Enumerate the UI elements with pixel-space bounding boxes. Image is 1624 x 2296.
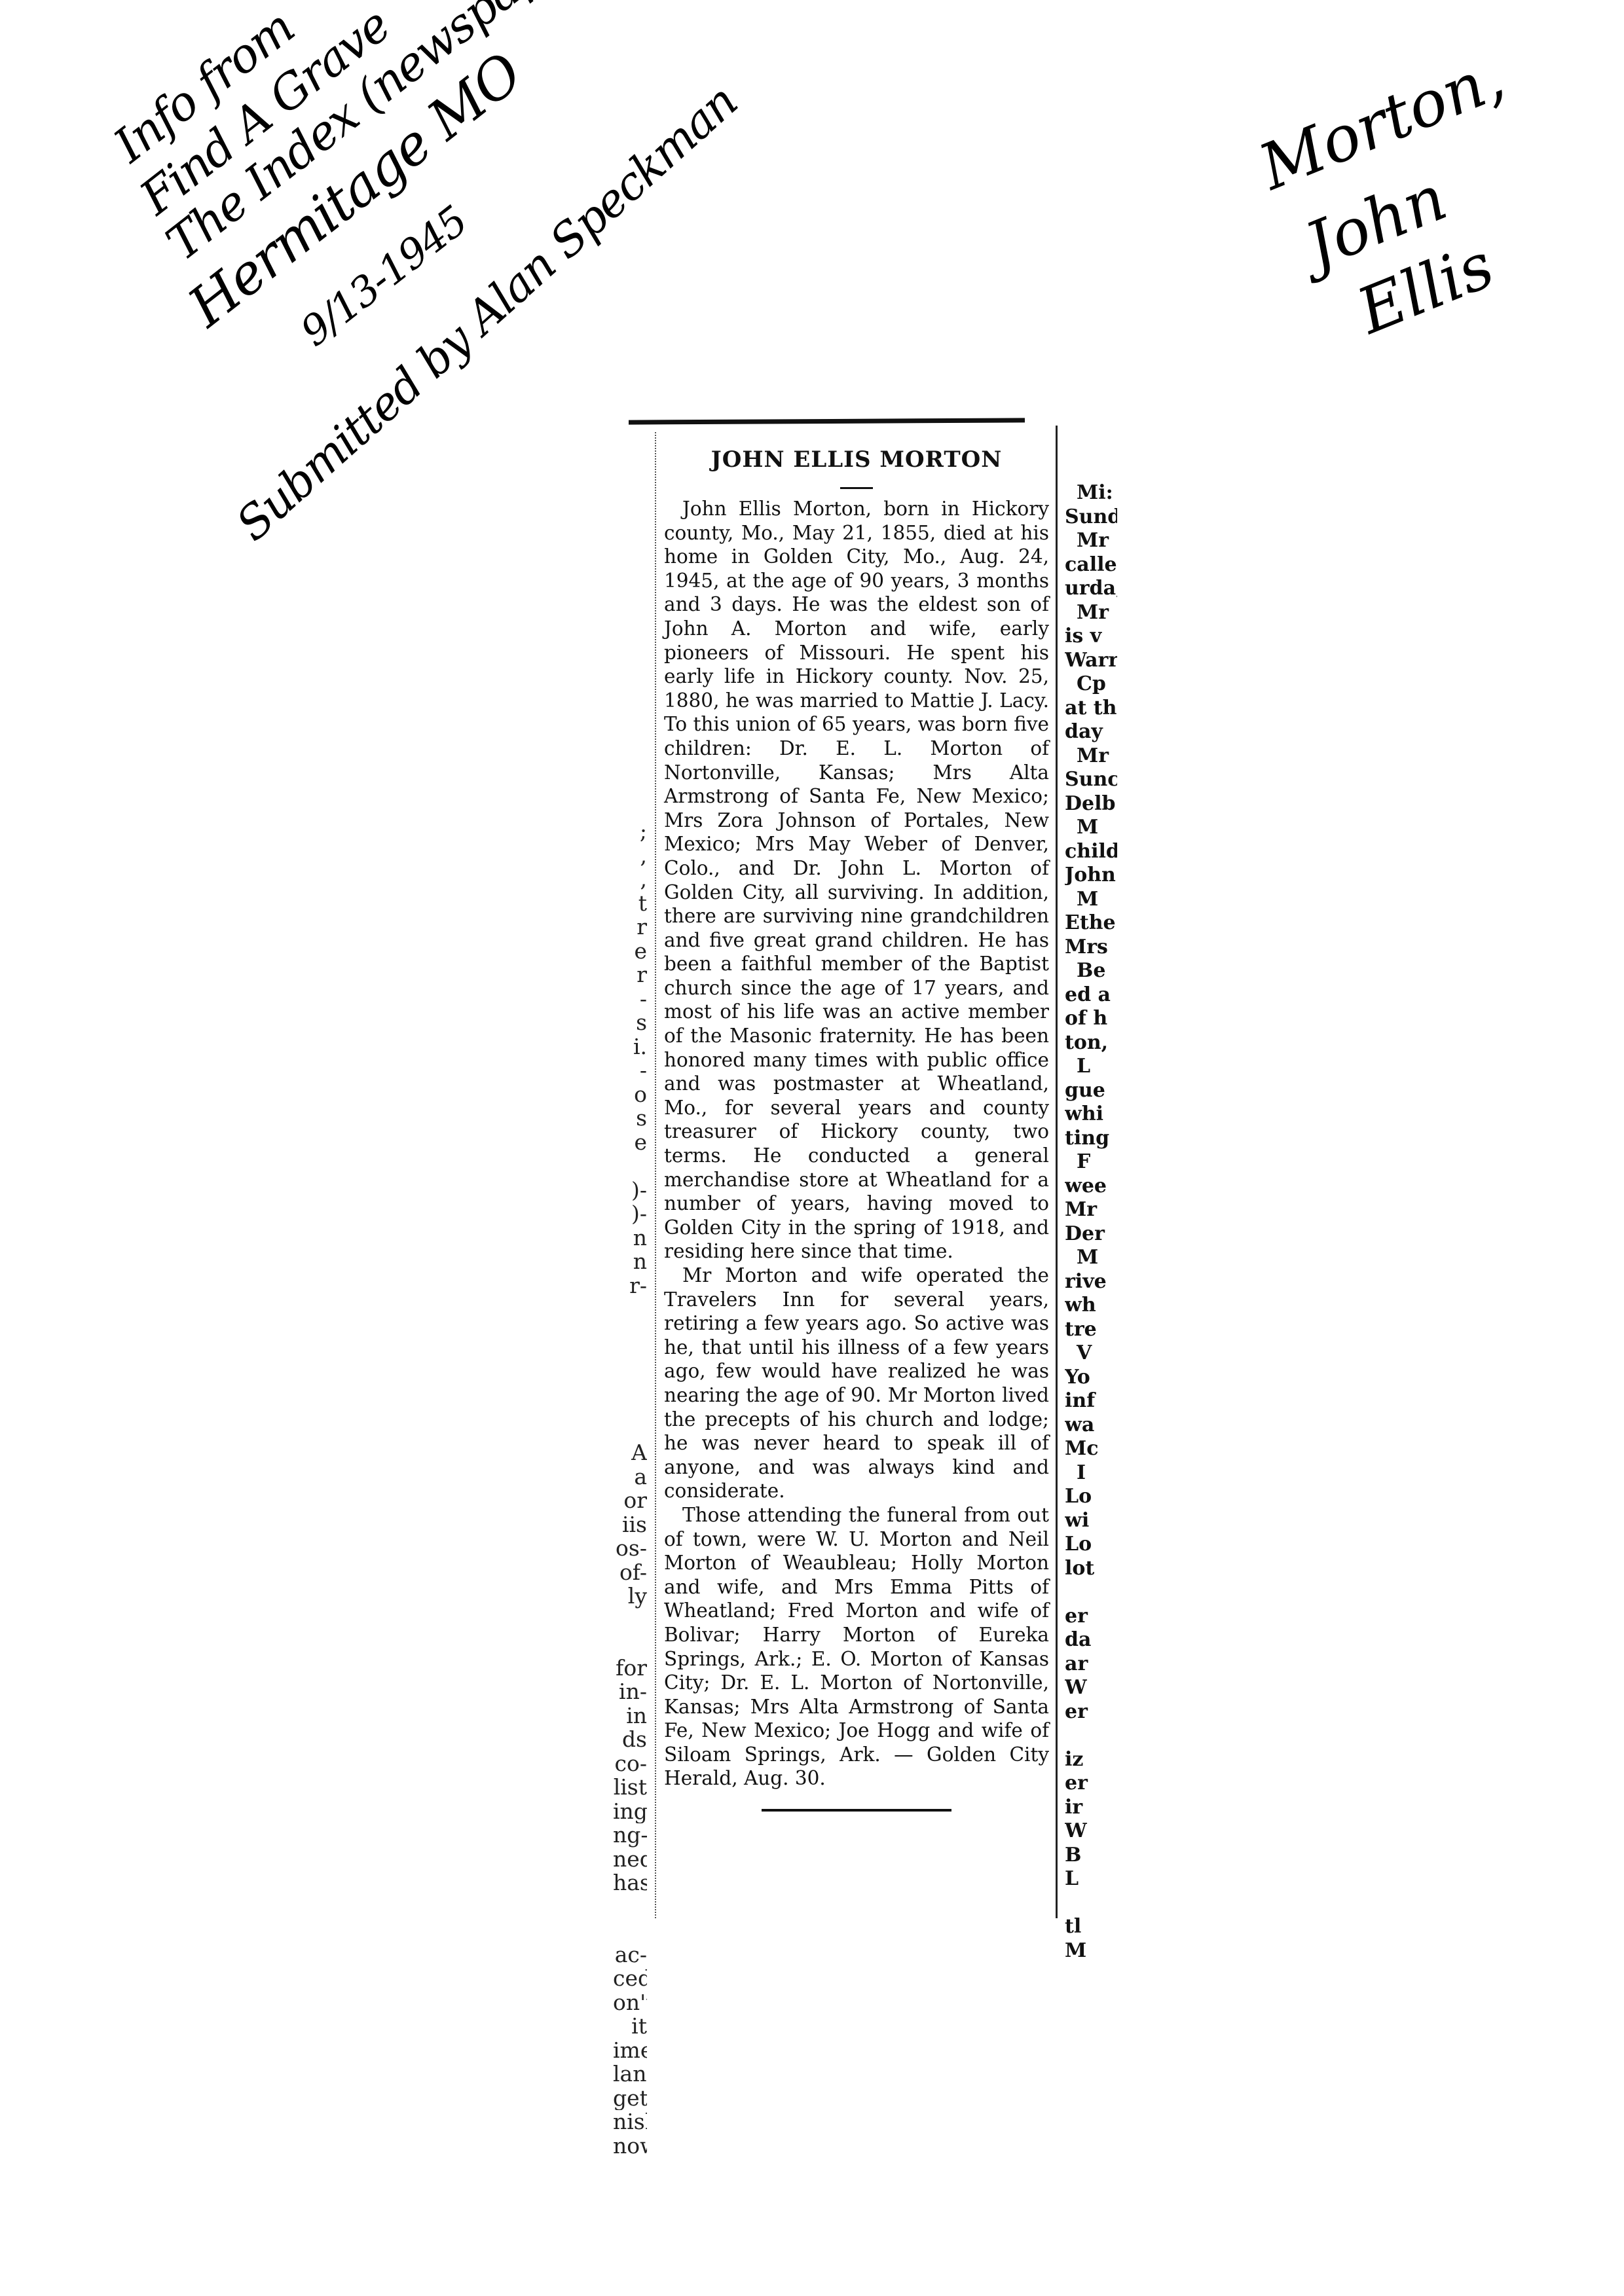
- fragment-line: it: [613, 2014, 647, 2039]
- fragment-line: Mi:: [1065, 481, 1117, 505]
- fragment-line: F: [1065, 1150, 1117, 1175]
- fragment-line: A: [613, 1441, 647, 1465]
- fragment-line: day: [1065, 720, 1117, 744]
- fragment-line: Mr: [1065, 1198, 1117, 1222]
- fragment-line: list: [613, 1776, 647, 1800]
- fragment-line: da: [1065, 1628, 1117, 1652]
- fragment-line: Mr: [1065, 744, 1117, 769]
- fragment-line: ,: [613, 844, 647, 868]
- fragment-line: gue: [1065, 1079, 1117, 1103]
- fragment-line: whi: [1065, 1102, 1117, 1127]
- fragment-line: lot: [1065, 1557, 1117, 1581]
- fragment-line: t: [613, 892, 647, 916]
- fragment-line: Cp: [1065, 672, 1117, 697]
- fragment-line: ;: [613, 820, 647, 844]
- fragment-line: iis: [613, 1513, 647, 1537]
- top-rule: [629, 418, 1025, 424]
- fragment-line: W: [1065, 1676, 1117, 1700]
- fragment-line: Lo: [1065, 1485, 1117, 1509]
- fragment-line: tre: [1065, 1318, 1117, 1342]
- fragment-line: [613, 676, 647, 701]
- fragment-line: [613, 1609, 647, 1633]
- obituary-body: John Ellis Morton, born in Hickory count…: [664, 497, 1049, 1791]
- fragment-line: nish: [613, 2110, 647, 2134]
- left-column-fragments: ;,,trer-si.-ose)-)-nnr-Aaoriisos-of-lyfo…: [613, 629, 647, 2158]
- fragment-line: is v: [1065, 625, 1117, 649]
- fragment-line: M: [1065, 1246, 1117, 1270]
- fragment-line: ar: [1065, 1652, 1117, 1677]
- fragment-line: a: [613, 1465, 647, 1489]
- fragment-line: Yo: [1065, 1366, 1117, 1390]
- fragment-line: in: [613, 1704, 647, 1728]
- fragment-line: -: [613, 987, 647, 1011]
- fragment-line: L: [1065, 1867, 1117, 1891]
- fragment-line: [613, 701, 647, 725]
- fragment-line: o: [613, 1083, 647, 1107]
- fragment-line: ,: [613, 867, 647, 892]
- obituary-article: JOHN ELLIS MORTON John Ellis Morton, bor…: [664, 432, 1049, 1812]
- column-divider-left: [655, 432, 657, 1918]
- fragment-line: er: [1065, 1605, 1117, 1629]
- fragment-line: ned: [613, 1848, 647, 1872]
- fragment-line: ton,: [1065, 1031, 1117, 1055]
- fragment-line: I: [1065, 1461, 1117, 1485]
- fragment-line: wa: [1065, 1413, 1117, 1438]
- fragment-line: Mr: [1065, 529, 1117, 553]
- fragment-line: or: [613, 1489, 647, 1513]
- fragment-line: e: [613, 1131, 647, 1155]
- fragment-line: [613, 1632, 647, 1656]
- fragment-line: Sunc: [1065, 768, 1117, 792]
- fragment-line: [613, 1345, 647, 1370]
- fragment-line: in-: [613, 1680, 647, 1704]
- paragraph-biography: John Ellis Morton, born in Hickory count…: [664, 497, 1049, 1264]
- fragment-line: s: [613, 1011, 647, 1035]
- fragment-line: r: [613, 963, 647, 987]
- fragment-line: [613, 1417, 647, 1442]
- fragment-line: [613, 748, 647, 773]
- paragraph-travelers-inn: Mr Morton and wife operated the Traveler…: [664, 1264, 1049, 1503]
- fragment-line: calle: [1065, 553, 1117, 577]
- paragraph-funeral-attendees: Those attending the funeral from out of …: [664, 1503, 1049, 1791]
- fragment-line: [613, 1895, 647, 1920]
- fragment-line: Ethe: [1065, 911, 1117, 936]
- fragment-line: ced: [613, 1967, 647, 1991]
- fragment-line: [613, 796, 647, 820]
- fragment-line: L: [1065, 1055, 1117, 1079]
- fragment-line: John: [1065, 864, 1117, 888]
- newspaper-clipping: ;,,trer-si.-ose)-)-nnr-Aaoriisos-of-lyfo…: [629, 412, 1153, 1944]
- fragment-line: wee: [1065, 1175, 1117, 1199]
- fragment-line: e: [613, 939, 647, 964]
- fragment-line: er: [1065, 1772, 1117, 1796]
- fragment-line: ime: [613, 2039, 647, 2063]
- fragment-line: [613, 629, 647, 653]
- fragment-line: wh: [1065, 1294, 1117, 1318]
- fragment-line: V: [1065, 1341, 1117, 1366]
- fragment-line: n: [613, 1250, 647, 1274]
- fragment-line: ds: [613, 1728, 647, 1752]
- fragment-line: get: [613, 2086, 647, 2111]
- fragment-line: W: [1065, 1819, 1117, 1844]
- fragment-line: M: [1065, 888, 1117, 912]
- fragment-line: lant: [613, 2062, 647, 2086]
- handwritten-subject-name: Morton, John Ellis: [1264, 111, 1559, 347]
- fragment-line: r-: [613, 1274, 647, 1298]
- fragment-line: tl: [1065, 1915, 1117, 1939]
- fragment-line: [613, 1298, 647, 1322]
- fragment-line: [613, 1322, 647, 1346]
- fragment-line: Sund: [1065, 505, 1117, 530]
- fragment-line: inf: [1065, 1389, 1117, 1413]
- fragment-line: Mc: [1065, 1437, 1117, 1461]
- fragment-line: )-: [613, 1178, 647, 1203]
- fragment-line: [1065, 1891, 1117, 1916]
- fragment-line: Lo: [1065, 1533, 1117, 1557]
- right-column-fragments: Mi:SundMrcalleurda;Mris vWarrCpat thdayM…: [1065, 481, 1117, 1963]
- fragment-line: [613, 724, 647, 748]
- fragment-line: now: [613, 2134, 647, 2159]
- fragment-line: [613, 1154, 647, 1178]
- fragment-line: B: [1065, 1844, 1117, 1868]
- end-rule: [762, 1809, 951, 1812]
- fragment-line: [613, 772, 647, 796]
- fragment-line: [613, 653, 647, 677]
- fragment-line: er: [1065, 1700, 1117, 1724]
- fragment-line: at th: [1065, 697, 1117, 721]
- fragment-line: M: [1065, 816, 1117, 840]
- fragment-line: [613, 1919, 647, 1943]
- fragment-line: M: [1065, 1939, 1117, 1963]
- fragment-line: of-: [613, 1561, 647, 1585]
- fragment-line: ir: [1065, 1796, 1117, 1820]
- fragment-line: os-: [613, 1537, 647, 1561]
- fragment-line: wi: [1065, 1509, 1117, 1533]
- fragment-line: ac-: [613, 1943, 647, 1967]
- fragment-line: Der: [1065, 1222, 1117, 1247]
- fragment-line: [1065, 1580, 1117, 1605]
- fragment-line: Warr: [1065, 649, 1117, 673]
- fragment-line: Be: [1065, 959, 1117, 983]
- fragment-line: of h: [1065, 1007, 1117, 1031]
- fragment-line: has: [613, 1871, 647, 1895]
- fragment-line: ing: [613, 1800, 647, 1824]
- fragment-line: ting: [1065, 1127, 1117, 1151]
- fragment-line: s: [613, 1106, 647, 1131]
- fragment-line: [613, 1370, 647, 1394]
- fragment-line: Delb: [1065, 792, 1117, 816]
- fragment-line: co-: [613, 1752, 647, 1776]
- fragment-line: [1065, 1724, 1117, 1748]
- headline-rule: [840, 487, 873, 489]
- fragment-line: rive: [1065, 1270, 1117, 1294]
- fragment-line: child: [1065, 840, 1117, 864]
- fragment-line: i.: [613, 1035, 647, 1059]
- column-divider-right: [1056, 426, 1058, 1918]
- fragment-line: [613, 1393, 647, 1417]
- fragment-line: Mrs: [1065, 936, 1117, 960]
- fragment-line: ng-: [613, 1823, 647, 1848]
- fragment-line: on't: [613, 1991, 647, 2015]
- fragment-line: )-: [613, 1202, 647, 1226]
- fragment-line: iz: [1065, 1748, 1117, 1772]
- fragment-line: -: [613, 1059, 647, 1083]
- fragment-line: r: [613, 915, 647, 939]
- fragment-line: for: [613, 1656, 647, 1681]
- fragment-line: urda;: [1065, 577, 1117, 601]
- fragment-line: ed a: [1065, 983, 1117, 1008]
- fragment-line: n: [613, 1226, 647, 1250]
- fragment-line: Mr: [1065, 601, 1117, 625]
- fragment-line: ly: [613, 1584, 647, 1609]
- obituary-headline: JOHN ELLIS MORTON: [664, 446, 1049, 473]
